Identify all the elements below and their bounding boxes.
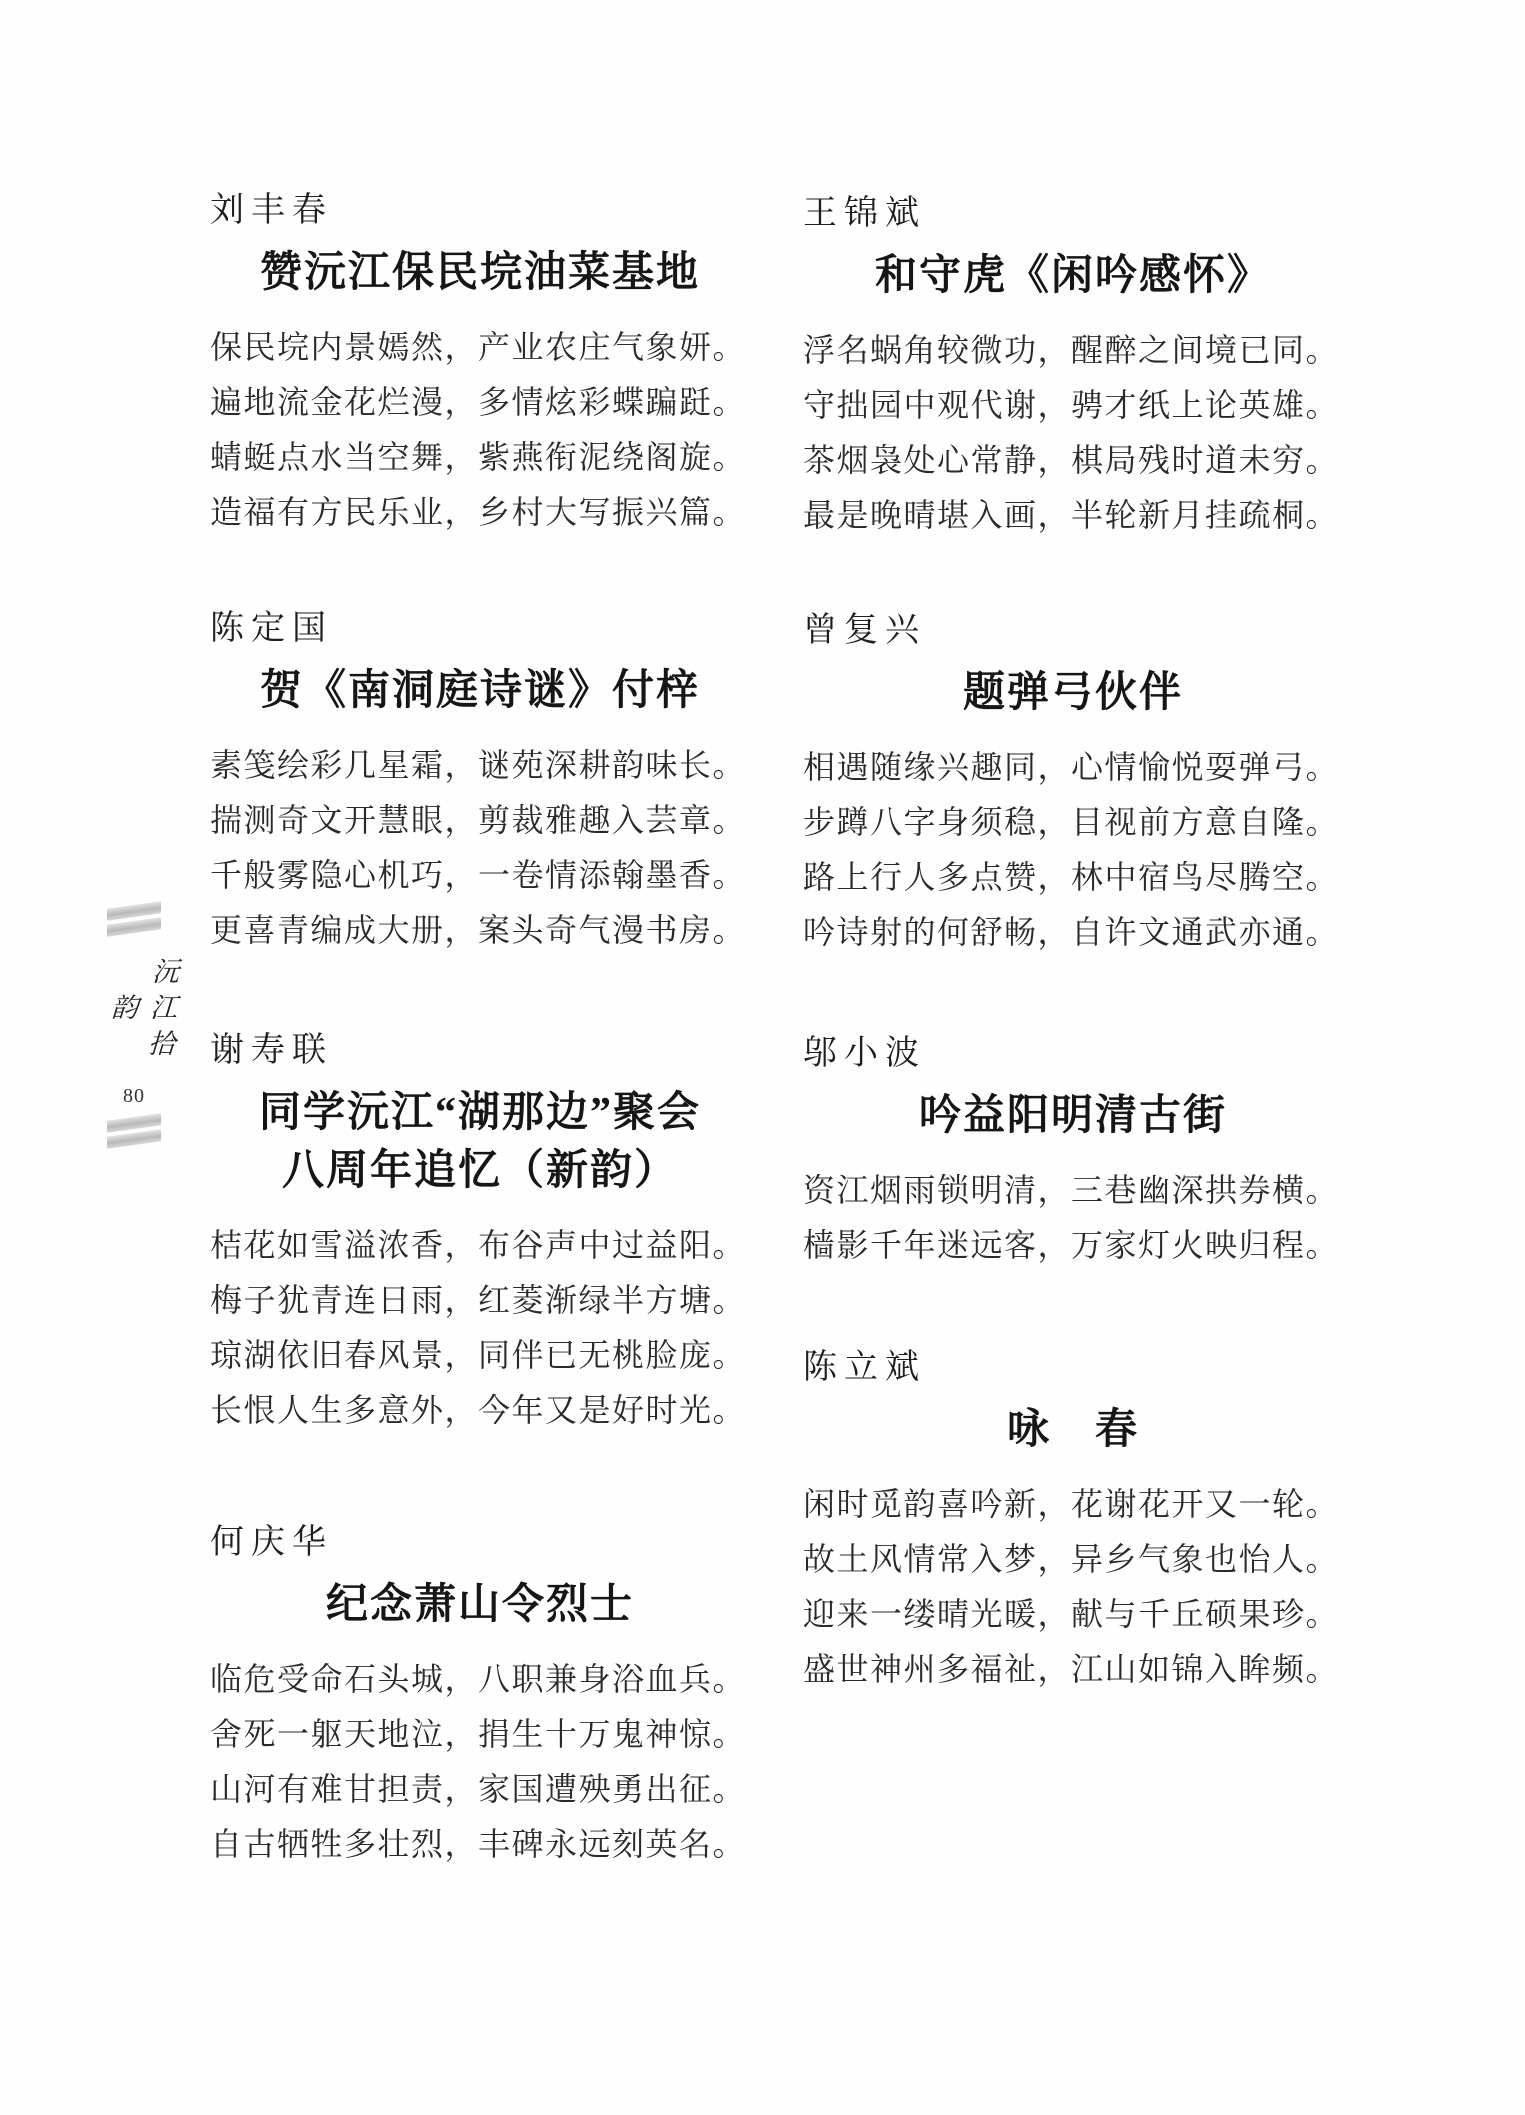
poem-title: 贺《南洞庭诗谜》付梓 [210,664,750,718]
poem-line: 闲时觅韵喜吟新，花谢花开又一轮。 [803,1477,1343,1532]
poem-block: 王锦斌 和守虎《闲吟感怀》 浮名蜗角较微功，醒醉之间境已同。 守拙园中观代谢，骋… [803,193,1343,543]
poem-author: 何庆华 [210,1522,750,1564]
poem-line: 长恨人生多意外，今年又是好时光。 [210,1383,750,1438]
book-page: 沅江拾韵 80 刘丰春 赞沅江保民垸油菜基地 保民垸内景嫣然，产业农庄气象妍。 … [0,0,1525,2115]
poem-lines: 素笺绘彩几星霜，谜苑深耕韵味长。 揣测奇文开慧眼，剪裁雅趣入芸章。 千般雾隐心机… [210,738,750,958]
poem-line: 盛世神州多福祉，江山如锦入眸频。 [803,1642,1343,1697]
poem-line: 更喜青编成大册，案头奇气漫书房。 [210,903,750,958]
poem-block: 刘丰春 赞沅江保民垸油菜基地 保民垸内景嫣然，产业农庄气象妍。 遍地流金花烂漫，… [210,190,750,540]
poem-line: 樯影千年迷远客，万家灯火映归程。 [803,1218,1343,1273]
poem-line: 相遇随缘兴趣同，心情愉悦耍弹弓。 [803,740,1343,795]
poem-title: 纪念萧山令烈士 [210,1578,750,1632]
poem-lines: 资江烟雨锁明清，三巷幽深拱券横。 樯影千年迷远客，万家灯火映归程。 [803,1163,1343,1273]
poem-author: 王锦斌 [803,193,1343,235]
poem-line: 故土风情常入梦，异乡气象也怡人。 [803,1532,1343,1587]
poem-author: 陈定国 [210,608,750,650]
poem-line: 吟诗射的何舒畅，自许文通武亦通。 [803,905,1343,960]
poem-title: 咏 春 [803,1403,1343,1457]
poem-lines: 浮名蜗角较微功，醒醉之间境已同。 守拙园中观代谢，骋才纸上论英雄。 茶烟袅处心常… [803,323,1343,543]
poem-line: 浮名蜗角较微功，醒醉之间境已同。 [803,323,1343,378]
spine-marker: 沅江拾韵 80 [103,903,165,1149]
poem-line: 造福有方民乐业，乡村大写振兴篇。 [210,485,750,540]
left-column: 刘丰春 赞沅江保民垸油菜基地 保民垸内景嫣然，产业农庄气象妍。 遍地流金花烂漫，… [210,0,750,2115]
poem-line: 千般雾隐心机巧，一卷情添翰墨香。 [210,848,750,903]
spine-ornament-top-icon [106,903,162,937]
poem-author: 曾复兴 [803,610,1343,652]
poem-lines: 临危受命石头城，八职兼身浴血兵。 舍死一躯天地泣，捐生十万鬼神惊。 山河有难甘担… [210,1652,750,1872]
poem-lines: 闲时觅韵喜吟新，花谢花开又一轮。 故土风情常入梦，异乡气象也怡人。 迎来一缕晴光… [803,1477,1343,1697]
poem-author: 邬小波 [803,1033,1343,1075]
poem-title: 和守虎《闲吟感怀》 [803,249,1343,303]
poem-line: 揣测奇文开慧眼，剪裁雅趣入芸章。 [210,793,750,848]
poem-lines: 保民垸内景嫣然，产业农庄气象妍。 遍地流金花烂漫，多情炫彩蝶蹁跹。 蜻蜓点水当空… [210,320,750,540]
poem-block: 陈定国 贺《南洞庭诗谜》付梓 素笺绘彩几星霜，谜苑深耕韵味长。 揣测奇文开慧眼，… [210,608,750,958]
poem-line: 最是晚晴堪入画，半轮新月挂疏桐。 [803,488,1343,543]
poem-line: 蜻蜓点水当空舞，紫燕衔泥绕阁旋。 [210,430,750,485]
poem-line: 路上行人多点赞，林中宿鸟尽腾空。 [803,850,1343,905]
poem-line: 素笺绘彩几星霜，谜苑深耕韵味长。 [210,738,750,793]
book-title-vertical: 沅江拾韵 [100,945,185,1077]
poem-block: 陈立斌 咏 春 闲时觅韵喜吟新，花谢花开又一轮。 故土风情常入梦，异乡气象也怡人… [803,1347,1343,1697]
poem-line: 遍地流金花烂漫，多情炫彩蝶蹁跹。 [210,375,750,430]
poem-line: 保民垸内景嫣然，产业农庄气象妍。 [210,320,750,375]
poem-lines: 相遇随缘兴趣同，心情愉悦耍弹弓。 步蹲八字身须稳，目视前方意自隆。 路上行人多点… [803,740,1343,960]
poem-line: 琼湖依旧春风景，同伴已无桃脸庞。 [210,1328,750,1383]
poem-block: 何庆华 纪念萧山令烈士 临危受命石头城，八职兼身浴血兵。 舍死一躯天地泣，捐生十… [210,1522,750,1872]
poem-line: 山河有难甘担责，家国遭殃勇出征。 [210,1762,750,1817]
right-column: 王锦斌 和守虎《闲吟感怀》 浮名蜗角较微功，醒醉之间境已同。 守拙园中观代谢，骋… [803,0,1343,2115]
poem-line: 临危受命石头城，八职兼身浴血兵。 [210,1652,750,1707]
poem-line: 守拙园中观代谢，骋才纸上论英雄。 [803,378,1343,433]
poem-line: 迎来一缕晴光暖，献与千丘硕果珍。 [803,1587,1343,1642]
poem-line: 舍死一躯天地泣，捐生十万鬼神惊。 [210,1707,750,1762]
poem-title: 题弹弓伙伴 [803,666,1343,720]
poem-title: 同学沅江“湖那边”聚会 [210,1086,750,1140]
poem-line: 梅子犹青连日雨，红菱渐绿半方塘。 [210,1273,750,1328]
poem-author: 谢寿联 [210,1030,750,1072]
poem-block: 曾复兴 题弹弓伙伴 相遇随缘兴趣同，心情愉悦耍弹弓。 步蹲八字身须稳，目视前方意… [803,610,1343,960]
poem-title-line2: 八周年追忆（新韵） [210,1144,750,1198]
poem-line: 桔花如雪溢浓香，布谷声中过益阳。 [210,1218,750,1273]
poem-line: 茶烟袅处心常静，棋局残时道未穷。 [803,433,1343,488]
poem-title: 赞沅江保民垸油菜基地 [210,246,750,300]
poem-lines: 桔花如雪溢浓香，布谷声中过益阳。 梅子犹青连日雨，红菱渐绿半方塘。 琼湖依旧春风… [210,1218,750,1438]
poem-block: 邬小波 吟益阳明清古街 资江烟雨锁明清，三巷幽深拱券横。 樯影千年迷远客，万家灯… [803,1033,1343,1273]
page-number: 80 [103,1083,165,1109]
poem-block: 谢寿联 同学沅江“湖那边”聚会 八周年追忆（新韵） 桔花如雪溢浓香，布谷声中过益… [210,1030,750,1438]
poem-line: 资江烟雨锁明清，三巷幽深拱券横。 [803,1163,1343,1218]
spine-ornament-bottom-icon [106,1115,162,1149]
poem-line: 自古牺牲多壮烈，丰碑永远刻英名。 [210,1817,750,1872]
poem-author: 陈立斌 [803,1347,1343,1389]
poem-line: 步蹲八字身须稳，目视前方意自隆。 [803,795,1343,850]
poem-title: 吟益阳明清古街 [803,1089,1343,1143]
poem-author: 刘丰春 [210,190,750,232]
